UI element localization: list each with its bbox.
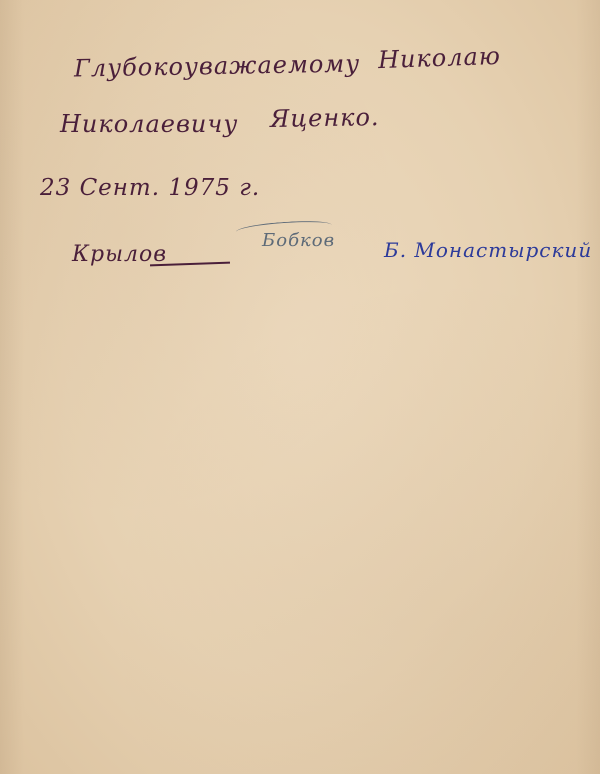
document-page: Глубокоуважаемому Николаю Николаевичу Яц… (0, 0, 600, 774)
inscription-line2-surname: Яценко. (270, 103, 380, 133)
inscription-line1-salutation: Глубокоуважаемому (74, 50, 361, 83)
inscription-line2-patronymic: Николаевичу (60, 110, 238, 138)
signature-bobkov: Бобков (262, 230, 335, 251)
inscription-line1-firstname: Николаю (378, 42, 502, 74)
signature-monastyrsky: Б. Монастырский (384, 238, 592, 262)
signature-krylov: Крылов (72, 242, 167, 267)
inscription-date: 23 Сент. 1975 г. (40, 175, 260, 201)
